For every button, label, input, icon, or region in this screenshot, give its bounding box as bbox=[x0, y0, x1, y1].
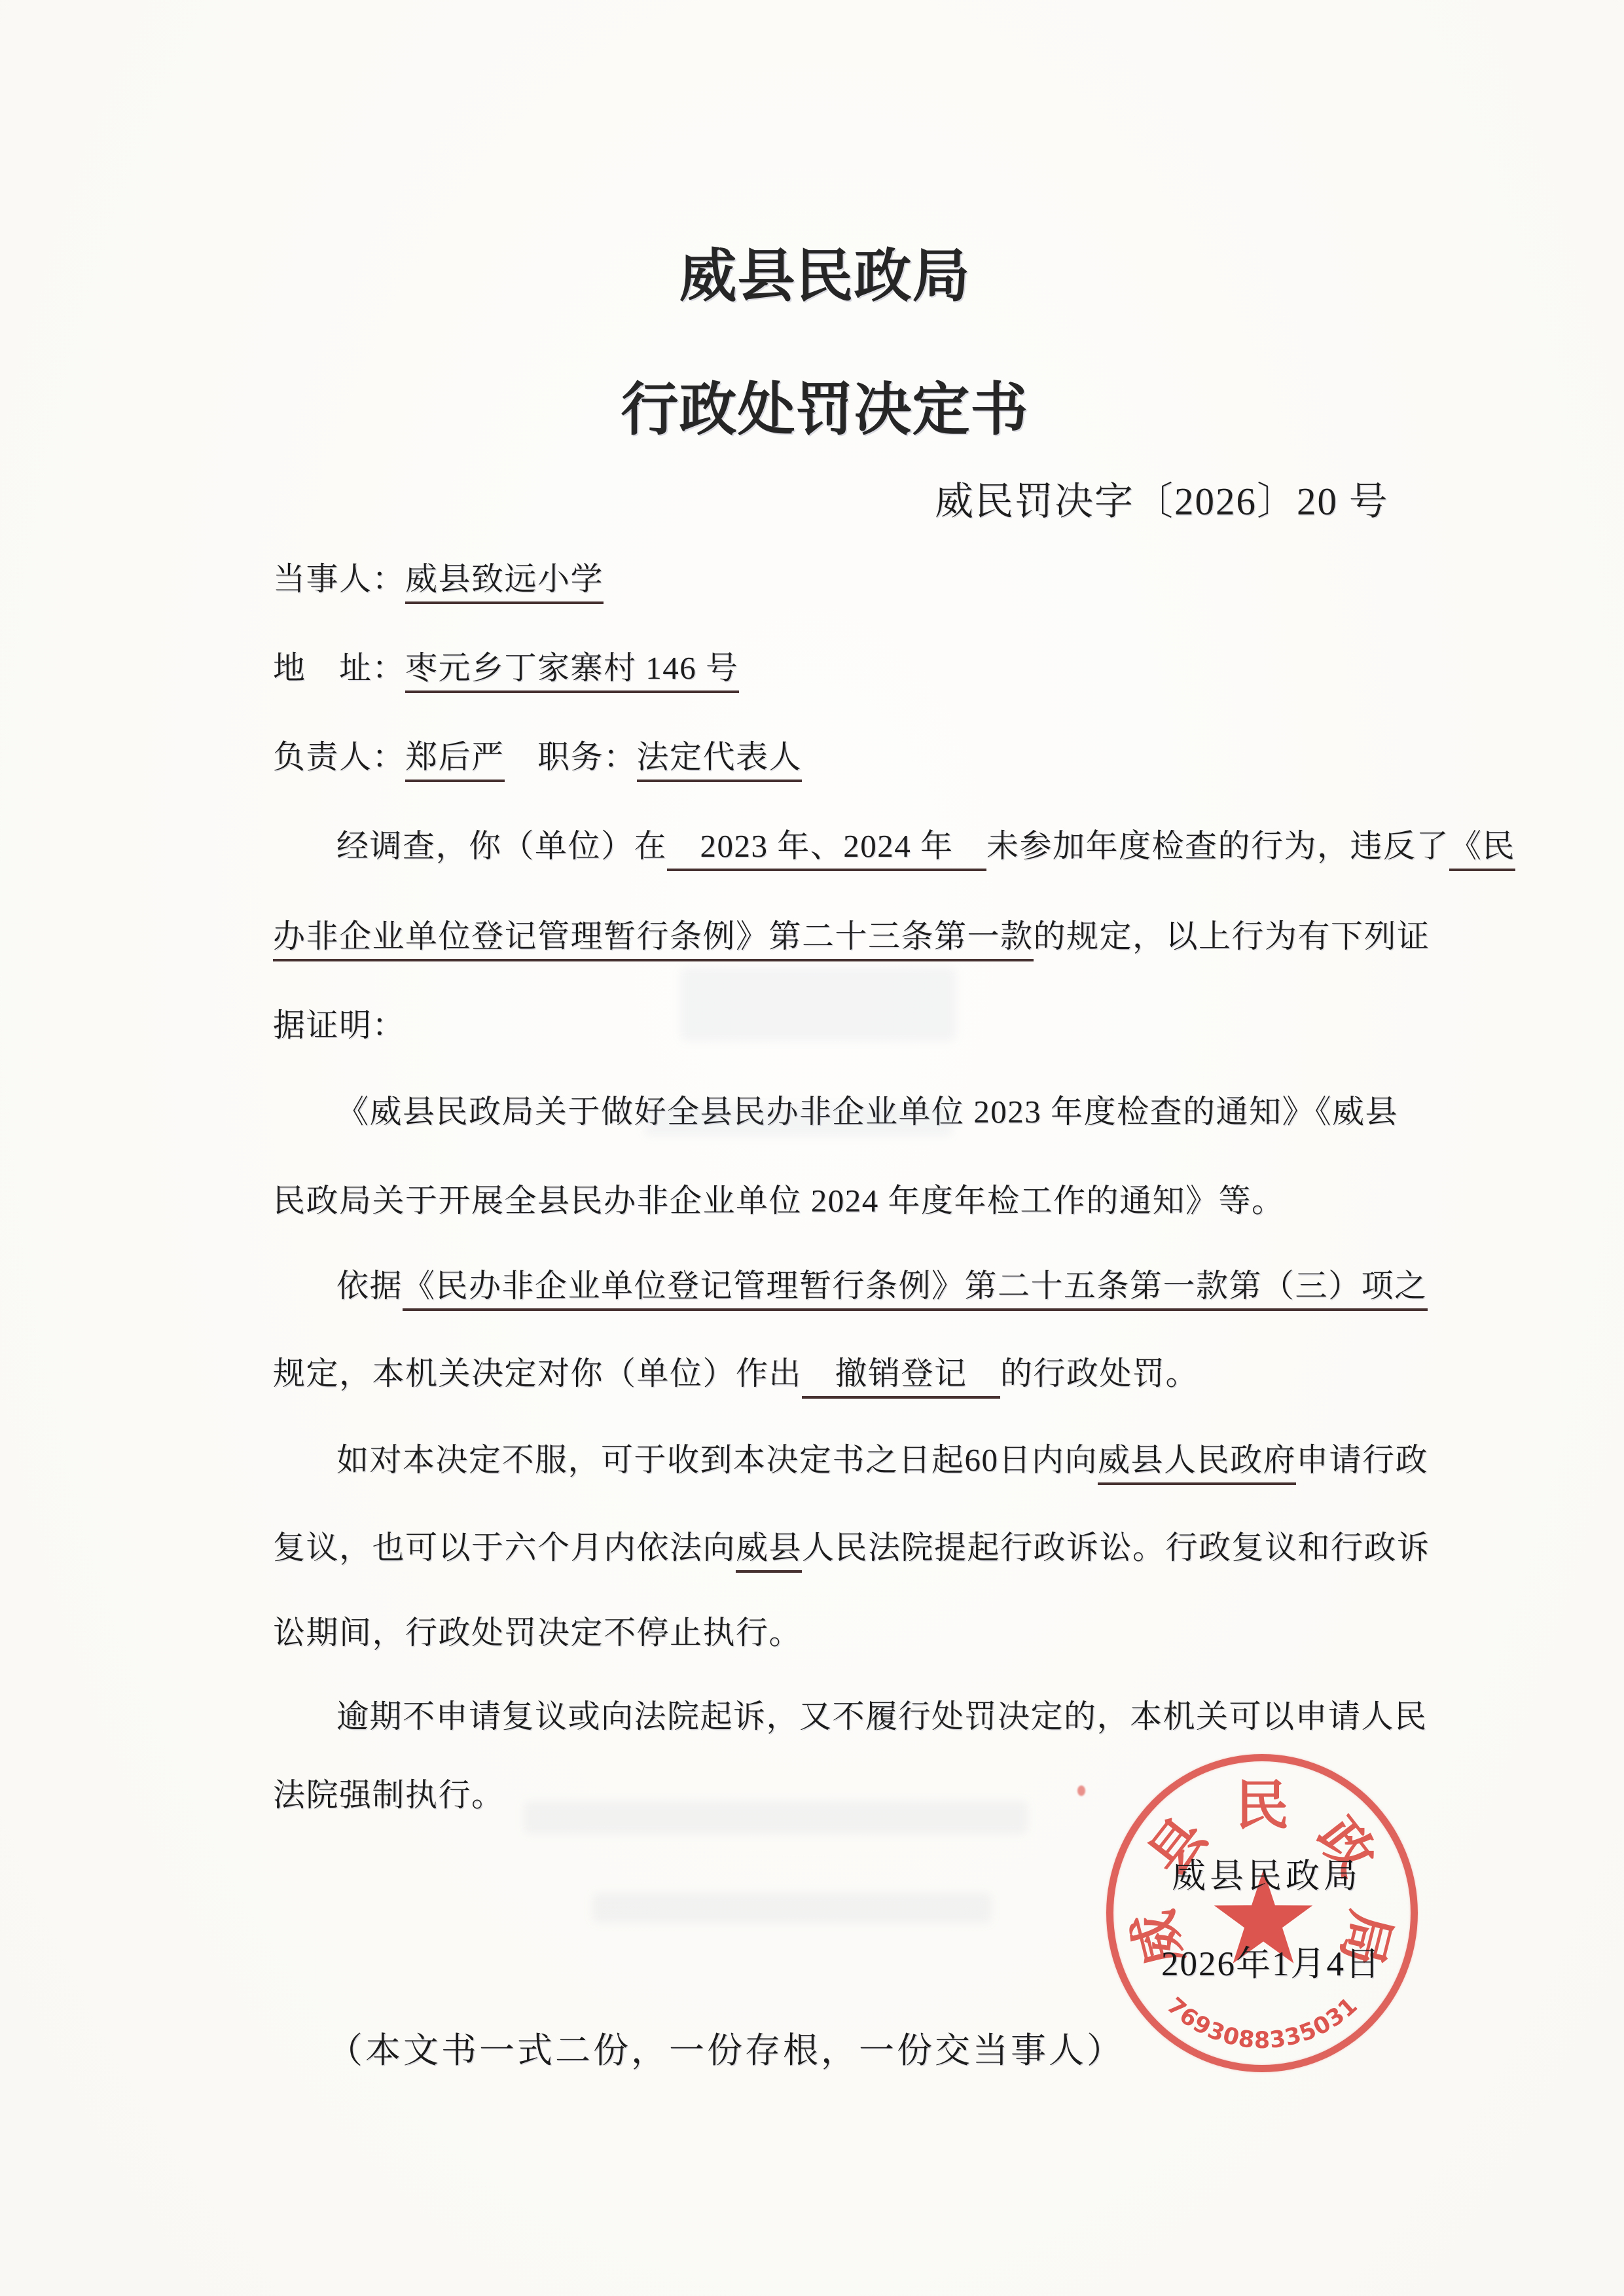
ink-bleed-artifact bbox=[645, 1106, 952, 1136]
underlined-text: 办非企业单位登记管理暂行条例》第二十三条第一款 bbox=[273, 918, 1034, 961]
text-run: 民政局关于开展全县民办非企业单位 2024 年度年检工作的通知》等。 bbox=[273, 1183, 1285, 1219]
text-run: 职务： bbox=[505, 739, 637, 775]
underlined-text: 郑后严 bbox=[405, 739, 505, 782]
body-line: 规定，本机关决定对你（单位）作出 撤销登记 的行政处罚。 bbox=[273, 1348, 1399, 1394]
text-run: 据证明： bbox=[273, 1007, 405, 1043]
issuer-signature: 威县民政局 bbox=[1172, 1848, 1362, 1897]
body-line: 经调查，你（单位）在 2023 年、2024 年 未参加年度检查的行为，违反了《… bbox=[273, 821, 1462, 867]
underlined-text: 威县 bbox=[736, 1530, 802, 1573]
body-line: 当事人：威县致远小学 bbox=[273, 554, 1399, 600]
ink-bleed-artifact bbox=[524, 1801, 1028, 1834]
text-run: 人民法院提起行政诉讼。行政复议和行政诉 bbox=[802, 1530, 1430, 1566]
text-run: 的行政处罚。 bbox=[1000, 1355, 1199, 1391]
text-run: 申请行政 bbox=[1296, 1442, 1428, 1478]
text-run: 未参加年度检查的行为，违反了 bbox=[986, 828, 1449, 864]
underlined-text: 法定代表人 bbox=[637, 739, 803, 782]
body-line: 复议，也可以于六个月内依法向威县人民法院提起行政诉讼。行政复议和行政诉 bbox=[273, 1522, 1399, 1568]
text-run: 依据 bbox=[336, 1268, 403, 1304]
seal-serial-number: 1305338803967 bbox=[1106, 1754, 1418, 2072]
seal-serial-digit: 3 bbox=[1268, 2026, 1287, 2054]
body-line: 逾期不申请复议或向法院起诉，又不履行处罚决定的，本机关可以申请人民 bbox=[273, 1691, 1462, 1737]
text-run: 经调查，你（单位）在 bbox=[336, 828, 667, 864]
underlined-text: 威县人民政府 bbox=[1098, 1442, 1296, 1485]
text-run: 的规定，以上行为有下列证 bbox=[1034, 918, 1430, 954]
signature-date: 2026年1月4日 bbox=[1161, 1936, 1381, 1986]
underlined-text: 2023 年、2024 年 bbox=[667, 828, 986, 871]
seal-ink-speck bbox=[1077, 1785, 1085, 1796]
text-run: 负责人： bbox=[273, 739, 405, 775]
document-type-title: 行政处罚决定书 bbox=[268, 364, 1381, 446]
underlined-text: 《民办非企业单位登记管理暂行条例》第二十五条第一款第（三）项之 bbox=[403, 1268, 1428, 1311]
text-run: 地 址： bbox=[273, 650, 405, 686]
underlined-text: 《民 bbox=[1449, 828, 1515, 871]
underlined-text: 威县致远小学 bbox=[405, 561, 604, 604]
text-run: 法院强制执行。 bbox=[273, 1777, 505, 1813]
text-run: 当事人： bbox=[273, 561, 405, 597]
ink-bleed-artifact bbox=[592, 1893, 992, 1923]
text-run: 逾期不申请复议或向法院起诉，又不履行处罚决定的，本机关可以申请人民 bbox=[336, 1698, 1428, 1734]
body-line: 如对本决定不服，可于收到本决定书之日起60日内向威县人民政府申请行政 bbox=[273, 1435, 1462, 1480]
distribution-note: （本文书一式二份，一份存根，一份交当事人） bbox=[327, 2022, 1125, 2073]
document-number: 威民罚决字〔2026〕20 号 bbox=[935, 470, 1389, 526]
text-run: 复议，也可以于六个月内依法向 bbox=[273, 1530, 736, 1566]
body-line: 民政局关于开展全县民办非企业单位 2024 年度年检工作的通知》等。 bbox=[273, 1175, 1399, 1221]
body-line: 地 址：枣元乡丁家寨村 146 号 bbox=[273, 643, 1399, 689]
text-run: 讼期间，行政处罚决定不停止执行。 bbox=[273, 1615, 802, 1651]
text-run: 规定，本机关决定对你（单位）作出 bbox=[273, 1355, 802, 1391]
body-line: 依据《民办非企业单位登记管理暂行条例》第二十五条第一款第（三）项之 bbox=[273, 1261, 1462, 1306]
document-issuer-title: 威县民政局 bbox=[268, 230, 1381, 313]
underlined-text: 撤销登记 bbox=[802, 1355, 1000, 1399]
body-line: 办非企业单位登记管理暂行条例》第二十三条第一款的规定，以上行为有下列证 bbox=[273, 911, 1399, 957]
underlined-text: 枣元乡丁家寨村 146 号 bbox=[405, 650, 739, 693]
official-seal-stamp: 威县民政局 1305338803967 bbox=[1106, 1754, 1418, 2072]
seal-serial-digit: 8 bbox=[1254, 2028, 1270, 2054]
body-line: 负责人：郑后严 职务：法定代表人 bbox=[273, 732, 1399, 778]
document-page: 威县民政局 行政处罚决定书 威民罚决字〔2026〕20 号 当事人：威县致远小学… bbox=[0, 0, 1624, 2296]
ink-bleed-artifact bbox=[681, 967, 956, 1041]
text-run: 如对本决定不服，可于收到本决定书之日起60日内向 bbox=[336, 1442, 1098, 1478]
body-line: 讼期间，行政处罚决定不停止执行。 bbox=[273, 1607, 1399, 1653]
